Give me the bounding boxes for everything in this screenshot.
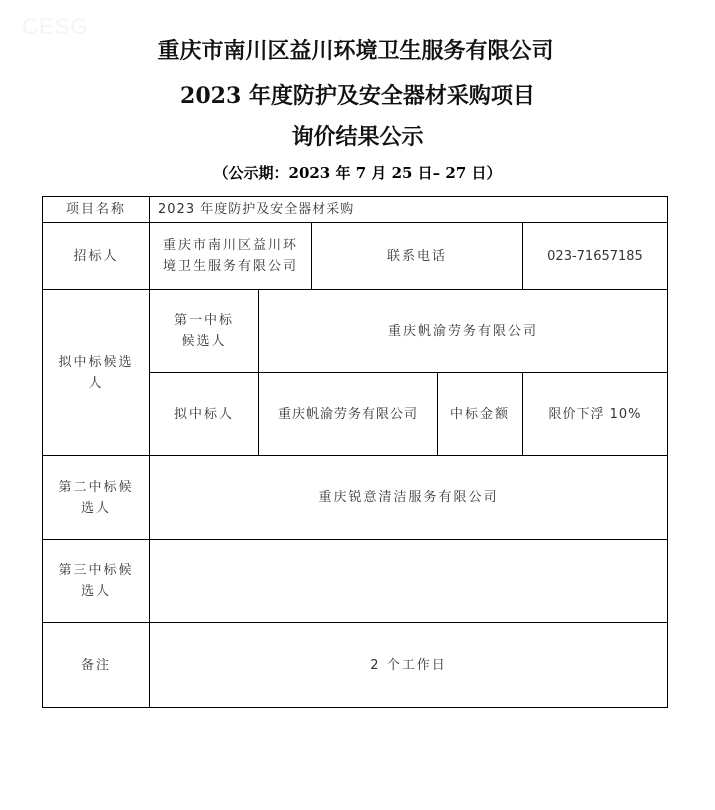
- title-notice: 询价结果公示: [0, 120, 715, 151]
- contact-label-text: 联系电话: [387, 246, 447, 267]
- second-candidate-label-text: 第二中标候选人: [53, 477, 139, 519]
- contact-value: 023-71657185: [522, 222, 668, 290]
- project-name-value-text: 2023 年度防护及安全器材采购: [158, 199, 354, 220]
- bid-amount-label: 中标金额: [437, 372, 523, 456]
- first-candidate-value: 重庆帆渝劳务有限公司: [258, 289, 668, 373]
- contact-label: 联系电话: [311, 222, 523, 290]
- proposed-winner-label: 拟中标人: [149, 372, 259, 456]
- project-name-value: 2023 年度防护及安全器材采购: [149, 196, 668, 223]
- remarks-label: 备注: [42, 622, 150, 708]
- contact-value-text: 023-71657185: [547, 246, 643, 267]
- third-candidate-value: [149, 539, 668, 623]
- second-candidate-value: 重庆锐意清洁服务有限公司: [149, 455, 668, 540]
- tenderer-label: 招标人: [42, 222, 150, 290]
- first-candidate-label-text: 第一中标候选人: [168, 310, 240, 352]
- proposed-winner-label-text: 拟中标人: [174, 404, 234, 425]
- second-candidate-label: 第二中标候选人: [42, 455, 150, 540]
- project-name-label-text: 项目名称: [66, 199, 126, 220]
- second-candidate-value-text: 重庆锐意清洁服务有限公司: [318, 487, 498, 508]
- third-candidate-label-text: 第三中标候选人: [53, 560, 139, 602]
- first-candidate-label: 第一中标候选人: [149, 289, 259, 373]
- tenderer-value: 重庆市南川区益川环境卫生服务有限公司: [149, 222, 312, 290]
- bid-amount-value: 限价下浮 10%: [522, 372, 668, 456]
- bid-amount-value-text: 限价下浮 10%: [548, 404, 641, 425]
- publicity-period: （公示期：2023 年 7 月 25 日– 27 日）: [0, 162, 715, 183]
- remarks-label-text: 备注: [81, 655, 111, 676]
- proposed-candidates-label-text: 拟中标候选人: [53, 352, 139, 394]
- remarks-value: 2 个工作日: [149, 622, 668, 708]
- title-company: 重庆市南川区益川环境卫生服务有限公司: [0, 34, 713, 65]
- tenderer-value-text: 重庆市南川区益川环境卫生服务有限公司: [158, 235, 303, 277]
- remarks-value-text: 2 个工作日: [370, 655, 446, 676]
- project-name-label: 项目名称: [42, 196, 150, 223]
- tenderer-label-text: 招标人: [73, 246, 118, 267]
- third-candidate-label: 第三中标候选人: [42, 539, 150, 623]
- first-candidate-value-text: 重庆帆渝劳务有限公司: [388, 321, 538, 342]
- bid-amount-label-text: 中标金额: [450, 404, 510, 425]
- proposed-candidates-label: 拟中标候选人: [42, 289, 150, 456]
- title-project: 2023 年度防护及安全器材采购项目: [0, 79, 715, 110]
- result-table: 项目名称 2023 年度防护及安全器材采购 招标人 重庆市南川区益川环境卫生服务…: [42, 196, 668, 708]
- proposed-winner-value: 重庆帆渝劳务有限公司: [258, 372, 438, 456]
- proposed-winner-value-text: 重庆帆渝劳务有限公司: [278, 404, 418, 425]
